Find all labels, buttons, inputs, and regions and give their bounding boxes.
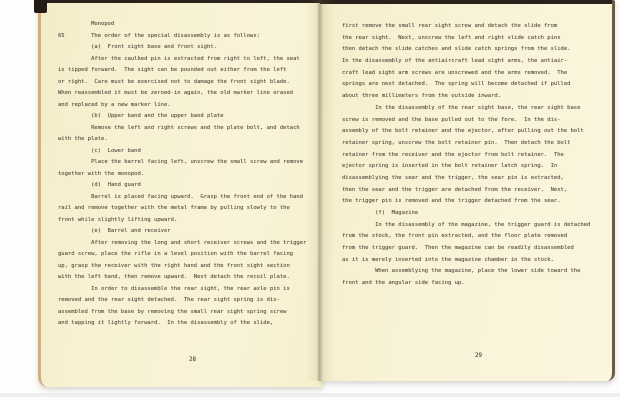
- text-line: retainer spring, unscrew the bolt retain…: [342, 138, 594, 150]
- text-line: Monopod: [58, 19, 310, 31]
- text-line: then the sear and the trigger are detach…: [342, 185, 594, 197]
- text-line: ejector spring is inserted in the bolt r…: [342, 161, 594, 173]
- text-line: front while slightly lifting upward.: [58, 215, 310, 227]
- text-line: (c) Lower band: [58, 146, 310, 158]
- text-line: After removing the long and short receiv…: [58, 238, 310, 250]
- text-line: rail and remove together with the metal …: [58, 203, 310, 215]
- text-line: removed and the rear sight detached. The…: [58, 295, 310, 307]
- book-cover-edge-left: [41, 0, 323, 3]
- book-cover-corner-notch: [34, 0, 47, 13]
- book-cover-edge-right: [320, 0, 612, 4]
- text-line: with the plate.: [58, 134, 310, 146]
- scan-shadow: [0, 393, 620, 397]
- text-line: Barrel is placed facing upward. Grasp th…: [58, 192, 310, 204]
- text-line: springs are next detached. The spring wi…: [342, 79, 594, 91]
- text-line: In order to disassemble the rear sight, …: [58, 284, 310, 296]
- text-line: together with the monopod.: [58, 169, 310, 181]
- text-line: In the disassembly of the antiaircraft l…: [342, 56, 594, 68]
- text-line: assembly of the bolt retainer and the ej…: [342, 126, 594, 138]
- text-line: In the disassembly of the rear sight bas…: [342, 103, 594, 115]
- text-line: disassemblying the sear and the trigger,…: [342, 173, 594, 185]
- text-line: screw is removed and the base pulled out…: [342, 115, 594, 127]
- left-page-text: Monopod65 The order of the special disas…: [58, 19, 310, 330]
- text-line: craft lead sight arm screws are unscrewe…: [342, 68, 594, 80]
- text-line: and tapping it lightly forward. In the d…: [58, 318, 310, 330]
- text-line: (d) Hand guard: [58, 180, 310, 192]
- text-line: the rear sight. Next, unscrew the left a…: [342, 33, 594, 45]
- text-line: the trigger pin is removed and the trigg…: [342, 196, 594, 208]
- text-line: Place the barrel facing left, unscrew th…: [58, 157, 310, 169]
- text-line: After the caulked pin is extracted from …: [58, 54, 310, 66]
- text-line: (b) Upper band and the upper band plate: [58, 111, 310, 123]
- text-line: 65 The order of the special disassembly …: [58, 31, 310, 43]
- text-line: retainer from the receiver and the eject…: [342, 150, 594, 162]
- text-line: or right. Care must be exercised not to …: [58, 77, 310, 89]
- text-line: assembled from the base by removing the …: [58, 307, 310, 319]
- text-line: (e) Barrel and receiver: [58, 226, 310, 238]
- text-line: When reassembled it must be zeroed-in ag…: [58, 88, 310, 100]
- text-line: then detach the slide catches and slide …: [342, 44, 594, 56]
- text-line: and replaced by a new marker line.: [58, 100, 310, 112]
- right-page-text: first remove the small rear sight screw …: [342, 21, 594, 290]
- text-line: In the disassembly of the magazine, the …: [342, 220, 594, 232]
- text-line: (a) Front sight base and front sight.: [58, 42, 310, 54]
- text-line: is tipped forward. The sight can be poun…: [58, 65, 310, 77]
- text-line: from the trigger guard. Then the magazin…: [342, 243, 594, 255]
- text-line: (f) Magazine: [342, 208, 594, 220]
- text-line: front and the angular side facing up.: [342, 278, 594, 290]
- text-line: guard screw, place the rifle in a level …: [58, 249, 310, 261]
- text-line: from the stock, the front pin extracted,…: [342, 231, 594, 243]
- scanned-book-spread: Monopod65 The order of the special disas…: [0, 0, 620, 400]
- text-line: When assemblying the magazine, place the…: [342, 266, 594, 278]
- text-line: up, grasp the receiver with the right ha…: [58, 261, 310, 273]
- text-line: with the left hand, then remove upward. …: [58, 272, 310, 284]
- page-number-right: 29: [475, 353, 482, 359]
- text-line: about three millimeters from the outside…: [342, 91, 594, 103]
- page-number-left: 28: [189, 357, 196, 363]
- text-line: first remove the small rear sight screw …: [342, 21, 594, 33]
- text-line: as it is merely inserted into the magazi…: [342, 255, 594, 267]
- text-line: Remove the left and right screws and the…: [58, 123, 310, 135]
